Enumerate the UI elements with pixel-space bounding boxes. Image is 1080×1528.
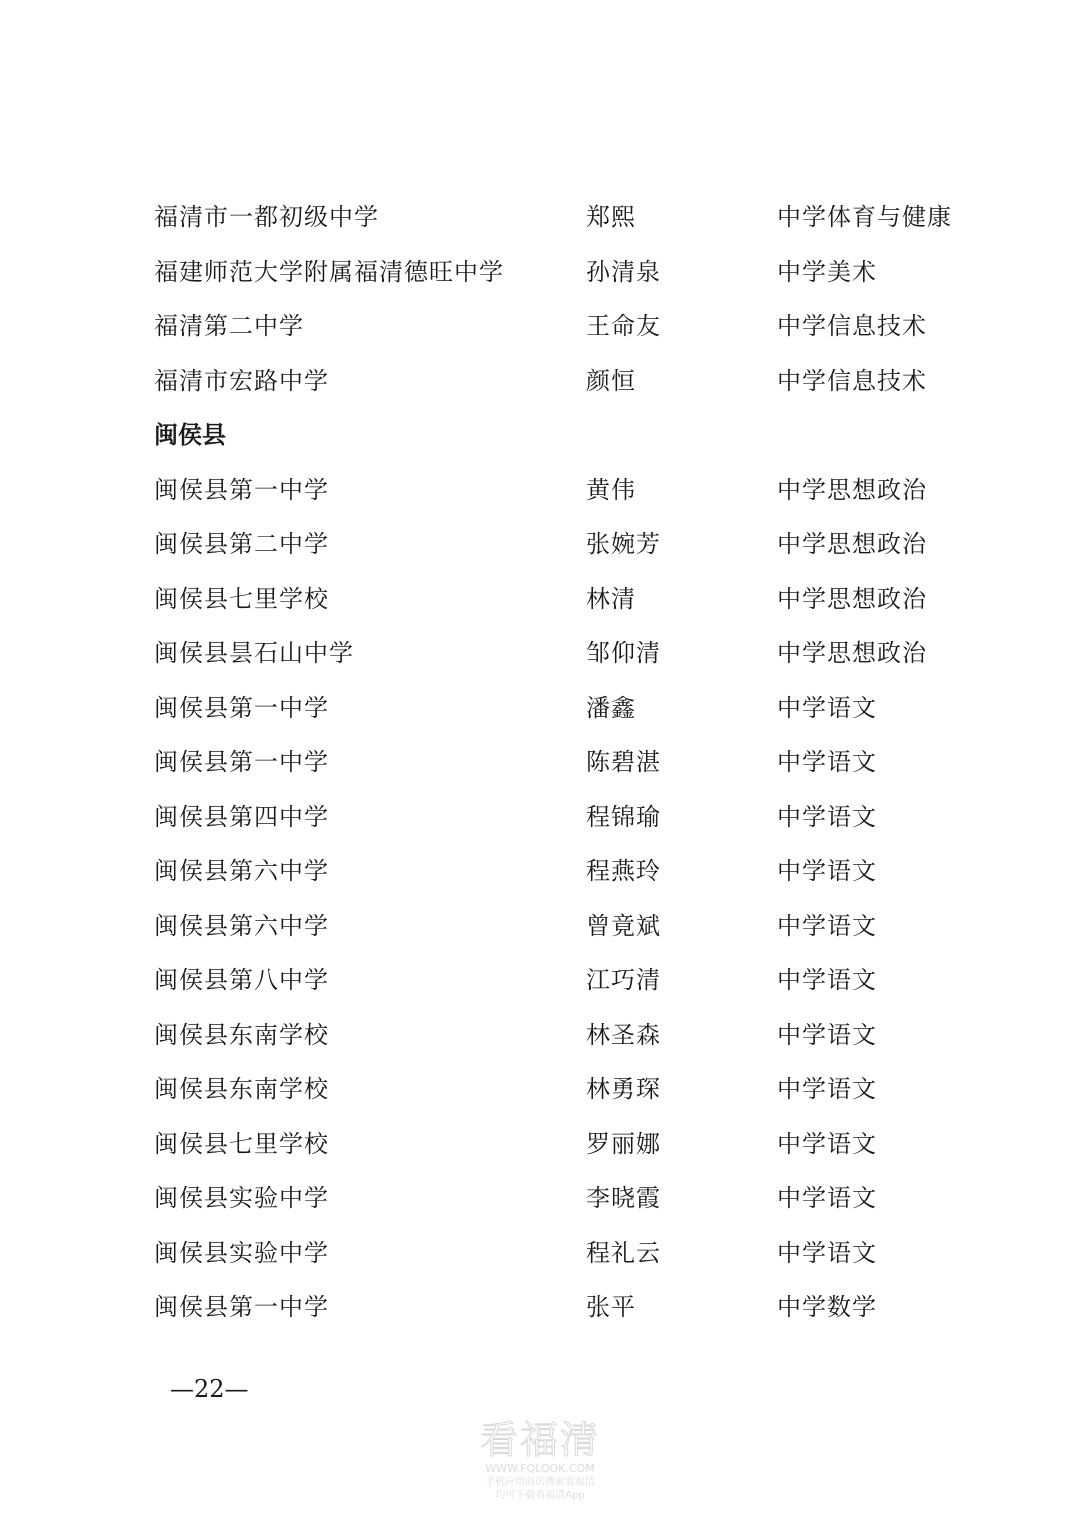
name-cell: 林清	[586, 579, 636, 619]
name-cell: 王命友	[586, 306, 661, 346]
table-row: 闽侯县东南学校 林勇琛 中学语文	[0, 1069, 1080, 1109]
table-row: 闽侯县第八中学 江巧清 中学语文	[0, 960, 1080, 1000]
name-cell: 邹仰清	[586, 633, 661, 673]
school-cell: 福清第二中学	[154, 306, 304, 346]
name-cell: 陈碧湛	[586, 742, 661, 782]
school-cell: 闽侯县第一中学	[154, 688, 329, 728]
school-cell: 闽侯县第六中学	[154, 906, 329, 946]
watermark-line1: 手机应用商店搜索看福清	[470, 1476, 610, 1489]
table-row: 闽侯县第二中学 张婉芳 中学思想政治	[0, 524, 1080, 564]
subject-cell: 中学语文	[777, 960, 877, 1000]
table-row: 闽侯县第一中学 潘鑫 中学语文	[0, 688, 1080, 728]
name-cell: 罗丽娜	[586, 1124, 661, 1164]
table-row: 闽侯县东南学校 林圣森 中学语文	[0, 1015, 1080, 1055]
table-row: 闽侯县第四中学 程锦瑜 中学语文	[0, 797, 1080, 837]
name-cell: 林圣森	[586, 1015, 661, 1055]
section-heading: 闽侯县	[154, 415, 226, 455]
name-cell: 程礼云	[586, 1233, 661, 1273]
table-row: 闽侯县实验中学 李晓霞 中学语文	[0, 1178, 1080, 1218]
name-cell: 李晓霞	[586, 1178, 661, 1218]
school-cell: 闽侯县实验中学	[154, 1233, 329, 1273]
table-row: 闽侯县实验中学 程礼云 中学语文	[0, 1233, 1080, 1273]
table-row: 闽侯县七里学校 林清 中学思想政治	[0, 579, 1080, 619]
name-cell: 郑熙	[586, 197, 636, 237]
subject-cell: 中学语文	[777, 1015, 877, 1055]
school-cell: 福清市一都初级中学	[154, 197, 379, 237]
subject-cell: 中学语文	[777, 906, 877, 946]
school-cell: 闽侯县第二中学	[154, 524, 329, 564]
school-cell: 闽侯县东南学校	[154, 1069, 329, 1109]
school-cell: 闽侯县实验中学	[154, 1178, 329, 1218]
subject-cell: 中学语文	[777, 1178, 877, 1218]
table-row: 闽侯县第六中学 曾竟斌 中学语文	[0, 906, 1080, 946]
table-row: 闽侯县第一中学 张平 中学数学	[0, 1287, 1080, 1327]
watermark-logo: 看福清	[470, 1418, 610, 1462]
school-cell: 闽侯县东南学校	[154, 1015, 329, 1055]
school-cell: 闽侯县七里学校	[154, 579, 329, 619]
table-row: 福清市一都初级中学 郑熙 中学体育与健康	[0, 197, 1080, 237]
table-row: 福清第二中学 王命友 中学信息技术	[0, 306, 1080, 346]
school-cell: 闽侯县第八中学	[154, 960, 329, 1000]
subject-cell: 中学思想政治	[777, 579, 927, 619]
page-number: —22—	[170, 1374, 249, 1404]
name-cell: 曾竟斌	[586, 906, 661, 946]
table-row: 闽侯县七里学校 罗丽娜 中学语文	[0, 1124, 1080, 1164]
subject-cell: 中学信息技术	[777, 306, 927, 346]
name-cell: 黄伟	[586, 470, 636, 510]
subject-cell: 中学语文	[777, 1233, 877, 1273]
table-row: 闽侯县昙石山中学 邹仰清 中学思想政治	[0, 633, 1080, 673]
table-row: 闽侯县第六中学 程燕玲 中学语文	[0, 851, 1080, 891]
subject-cell: 中学数学	[777, 1287, 877, 1327]
watermark-url: WWW.FQLOOK.COM	[470, 1462, 610, 1476]
name-cell: 孙清泉	[586, 252, 661, 292]
subject-cell: 中学语文	[777, 688, 877, 728]
school-cell: 闽侯县第一中学	[154, 1287, 329, 1327]
table-row: 闽侯县第一中学 黄伟 中学思想政治	[0, 470, 1080, 510]
school-cell: 闽侯县第四中学	[154, 797, 329, 837]
subject-cell: 中学美术	[777, 252, 877, 292]
subject-cell: 中学信息技术	[777, 361, 927, 401]
subject-cell: 中学语文	[777, 1069, 877, 1109]
name-cell: 潘鑫	[586, 688, 636, 728]
school-cell: 闽侯县第一中学	[154, 742, 329, 782]
name-cell: 程燕玲	[586, 851, 661, 891]
school-cell: 闽侯县七里学校	[154, 1124, 329, 1164]
name-cell: 江巧清	[586, 960, 661, 1000]
subject-cell: 中学思想政治	[777, 470, 927, 510]
school-cell: 福建师范大学附属福清德旺中学	[154, 252, 504, 292]
name-cell: 程锦瑜	[586, 797, 661, 837]
watermark: 看福清 WWW.FQLOOK.COM 手机应用商店搜索看福清 均可下载看福清Ap…	[470, 1418, 610, 1502]
subject-cell: 中学语文	[777, 851, 877, 891]
subject-cell: 中学语文	[777, 1124, 877, 1164]
name-cell: 林勇琛	[586, 1069, 661, 1109]
name-cell: 颜恒	[586, 361, 636, 401]
table-row: 福建师范大学附属福清德旺中学 孙清泉 中学美术	[0, 252, 1080, 292]
subject-cell: 中学思想政治	[777, 524, 927, 564]
name-cell: 张婉芳	[586, 524, 661, 564]
watermark-line2: 均可下载看福清App	[470, 1489, 610, 1502]
subject-cell: 中学体育与健康	[777, 197, 952, 237]
name-cell: 张平	[586, 1287, 636, 1327]
subject-cell: 中学语文	[777, 742, 877, 782]
subject-cell: 中学语文	[777, 797, 877, 837]
subject-cell: 中学思想政治	[777, 633, 927, 673]
school-cell: 闽侯县第一中学	[154, 470, 329, 510]
school-cell: 闽侯县第六中学	[154, 851, 329, 891]
school-cell: 福清市宏路中学	[154, 361, 329, 401]
table-row: 福清市宏路中学 颜恒 中学信息技术	[0, 361, 1080, 401]
table-row: 闽侯县第一中学 陈碧湛 中学语文	[0, 742, 1080, 782]
school-cell: 闽侯县昙石山中学	[154, 633, 354, 673]
